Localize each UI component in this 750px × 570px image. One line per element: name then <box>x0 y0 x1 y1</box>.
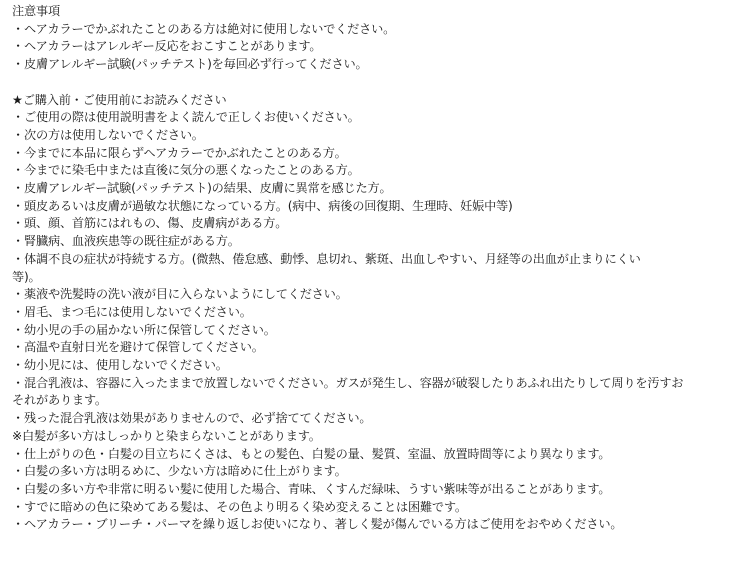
before-use-item: ・仕上がりの色・白髪の目立ちにくさは、もとの髪色、白髪の量、髪質、室温、放置時間… <box>12 446 742 464</box>
before-use-section: ★ご購入前・ご使用前にお読みください ・ご使用の際は使用説明書をよく読んで正しく… <box>12 92 742 535</box>
before-use-heading: ★ご購入前・ご使用前にお読みください <box>12 92 742 110</box>
before-use-item: ・高温や直射日光を避けて保管してください。 <box>12 339 742 357</box>
before-use-item: ・幼小児の手の届かない所に保管してください。 <box>12 322 742 340</box>
before-use-item: ・薬液や洗髪時の洗い液が目に入らないようにしてください。 <box>12 286 742 304</box>
before-use-item: ・皮膚アレルギー試験(パッチテスト)の結果、皮膚に異常を感じた方。 <box>12 180 742 198</box>
before-use-item: ・頭皮あるいは皮膚が過敏な状態になっている方。(病中、病後の回復期、生理時、妊娠… <box>12 198 742 216</box>
before-use-item: ・残った混合乳液は効果がありませんので、必ず捨ててください。 <box>12 410 742 428</box>
blank-spacer <box>12 74 742 92</box>
caution-section: 注意事項 ・ヘアカラーでかぶれたことのある方は絶対に使用しないでください。 ・ヘ… <box>12 3 742 74</box>
caution-heading: 注意事項 <box>12 3 742 21</box>
before-use-item: ・混合乳液は、容器に入ったままで放置しないでください。ガスが発生し、容器が破裂し… <box>12 375 742 393</box>
caution-item: ・ヘアカラーはアレルギー反応をおこすことがあります。 <box>12 38 742 56</box>
before-use-item: ・体調不良の症状が持続する方。(微熱、倦怠感、動悸、息切れ、紫斑、出血しやすい、… <box>12 251 742 269</box>
before-use-item: ・今までに本品に限らずヘアカラーでかぶれたことのある方。 <box>12 145 742 163</box>
gray-hair-note: ※白髪が多い方はしっかりと染まらないことがあります。 <box>12 428 742 446</box>
before-use-item-continued: 等)。 <box>12 269 742 287</box>
before-use-item: ・すでに暗めの色に染めてある髪は、その色より明るく染め変えることは困難です。 <box>12 499 742 517</box>
before-use-item: ・ご使用の際は使用説明書をよく読んで正しくお使いください。 <box>12 109 742 127</box>
before-use-item: ・頭、顔、首筋にはれもの、傷、皮膚病がある方。 <box>12 215 742 233</box>
before-use-item: ・白髪の多い方は明るめに、少ない方は暗めに仕上がります。 <box>12 463 742 481</box>
before-use-item: ・白髪の多い方や非常に明るい髪に使用した場合、青味、くすんだ緑味、うすい紫味等が… <box>12 481 742 499</box>
caution-item: ・皮膚アレルギー試験(パッチテスト)を毎回必ず行ってください。 <box>12 56 742 74</box>
before-use-item: ・幼小児には、使用しないでください。 <box>12 357 742 375</box>
before-use-item: ・腎臓病、血液疾患等の既往症がある方。 <box>12 233 742 251</box>
precautions-document: 注意事項 ・ヘアカラーでかぶれたことのある方は絶対に使用しないでください。 ・ヘ… <box>12 3 742 534</box>
before-use-item: ・今までに染毛中または直後に気分の悪くなったことのある方。 <box>12 162 742 180</box>
caution-item: ・ヘアカラーでかぶれたことのある方は絶対に使用しないでください。 <box>12 21 742 39</box>
before-use-item: ・眉毛、まつ毛には使用しないでください。 <box>12 304 742 322</box>
before-use-item-continued: それがあります。 <box>12 392 742 410</box>
before-use-item: ・次の方は使用しないでください。 <box>12 127 742 145</box>
before-use-item: ・ヘアカラー・ブリーチ・パーマを繰り返しお使いになり、著しく髪が傷んでいる方はご… <box>12 516 742 534</box>
